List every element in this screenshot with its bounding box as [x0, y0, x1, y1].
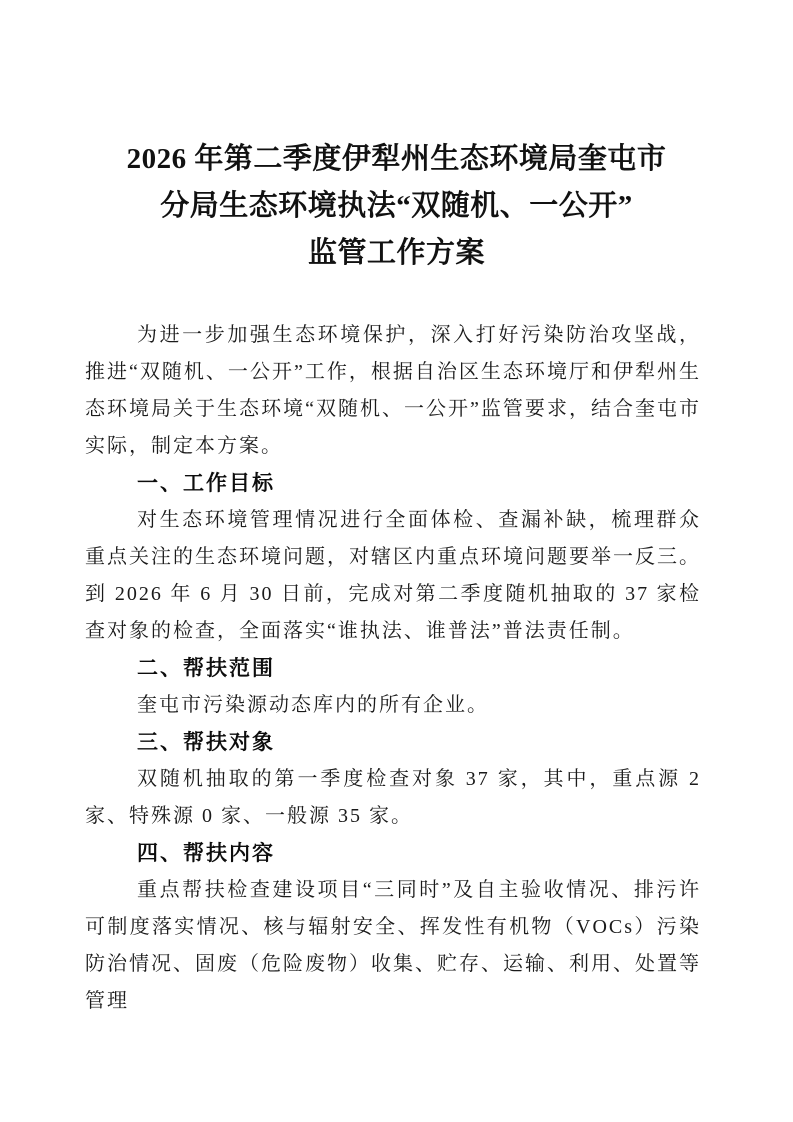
intro-paragraph: 为进一步加强生态环境保护，深入打好污染防治攻坚战，推进“双随机、一公开”工作，根…: [85, 317, 701, 465]
document-page: 2026 年第二季度伊犁州生态环境局奎屯市 分局生态环境执法“双随机、一公开” …: [0, 0, 793, 1122]
section-heading-assist-scope: 二、帮扶范围: [85, 650, 701, 687]
document-body: 为进一步加强生态环境保护，深入打好污染防治攻坚战，推进“双随机、一公开”工作，根…: [85, 317, 701, 1020]
section-body-assist-targets: 双随机抽取的第一季度检查对象 37 家，其中，重点源 2 家、特殊源 0 家、一…: [85, 761, 701, 835]
title-line-3: 监管工作方案: [0, 230, 793, 277]
title-line-1: 2026 年第二季度伊犁州生态环境局奎屯市: [0, 136, 793, 183]
section-body-assist-scope: 奎屯市污染源动态库内的所有企业。: [85, 687, 701, 724]
section-heading-work-goals: 一、工作目标: [85, 465, 701, 502]
section-body-work-goals: 对生态环境管理情况进行全面体检、查漏补缺，梳理群众重点关注的生态环境问题，对辖区…: [85, 502, 701, 650]
section-body-assist-content: 重点帮扶检查建设项目“三同时”及自主验收情况、排污许可制度落实情况、核与辐射安全…: [85, 872, 701, 1020]
title-line-2: 分局生态环境执法“双随机、一公开”: [0, 183, 793, 230]
section-heading-assist-content: 四、帮扶内容: [85, 835, 701, 872]
document-title: 2026 年第二季度伊犁州生态环境局奎屯市 分局生态环境执法“双随机、一公开” …: [0, 0, 793, 277]
section-heading-assist-targets: 三、帮扶对象: [85, 724, 701, 761]
